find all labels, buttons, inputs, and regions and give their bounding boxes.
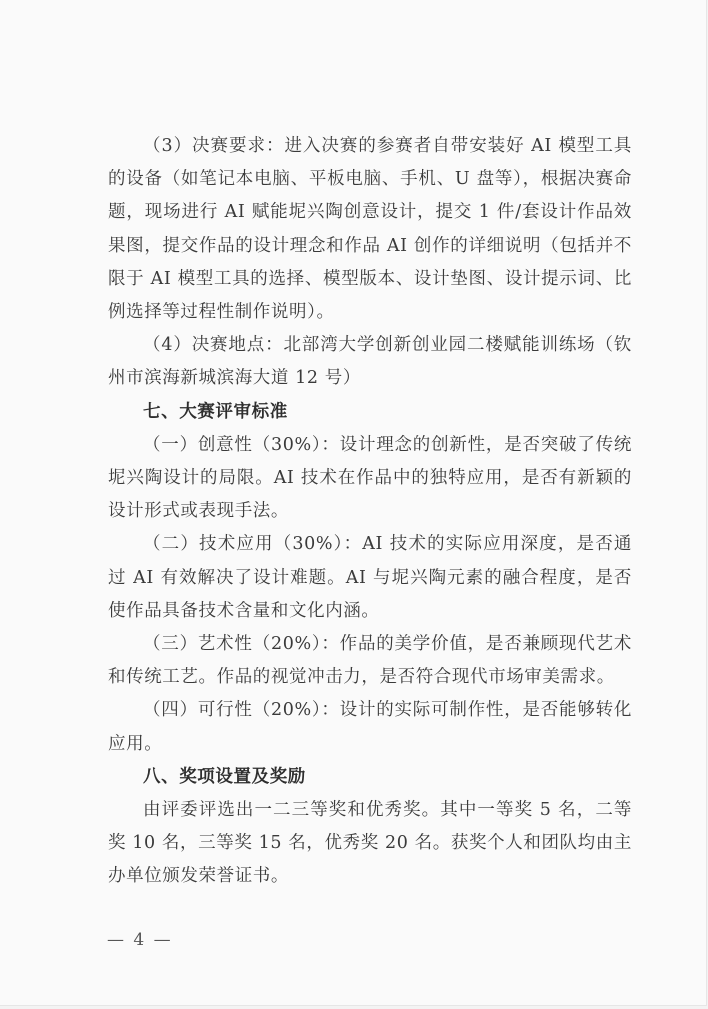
criterion-feasibility-paragraph: （四）可行性（20%）：设计的实际可制作性，是否能够转化应用。 xyxy=(108,694,632,760)
awards-paragraph: 由评委评选出一二三等奖和优秀奖。其中一等奖 5 名，二等奖 10 名，三等奖 1… xyxy=(108,794,632,894)
page-number: — 4 — xyxy=(107,930,173,950)
document-page: （3）决赛要求：进入决赛的参赛者自带安装好 AI 模型工具的设备（如笔记本电脑、… xyxy=(0,0,707,1006)
final-venue-paragraph: （4）决赛地点：北部湾大学创新创业园二楼赋能训练场（钦州市滨海新城滨海大道 12… xyxy=(108,329,632,395)
document-body: （3）决赛要求：进入决赛的参赛者自带安装好 AI 模型工具的设备（如笔记本电脑、… xyxy=(108,130,632,894)
criterion-creativity-paragraph: （一）创意性（30%）：设计理念的创新性，是否突破了传统坭兴陶设计的局限。AI … xyxy=(108,429,632,529)
criterion-artistry-paragraph: （三）艺术性（20%）：作品的美学价值，是否兼顾现代艺术和传统工艺。作品的视觉冲… xyxy=(108,628,632,694)
final-requirements-paragraph: （3）决赛要求：进入决赛的参赛者自带安装好 AI 模型工具的设备（如笔记本电脑、… xyxy=(108,130,632,329)
section-heading-awards: 八、奖项设置及奖励 xyxy=(108,761,632,794)
section-heading-judging-criteria: 七、大赛评审标准 xyxy=(108,396,632,429)
criterion-technology-paragraph: （二）技术应用（30%）：AI 技术的实际应用深度，是否通过 AI 有效解决了设… xyxy=(108,528,632,628)
